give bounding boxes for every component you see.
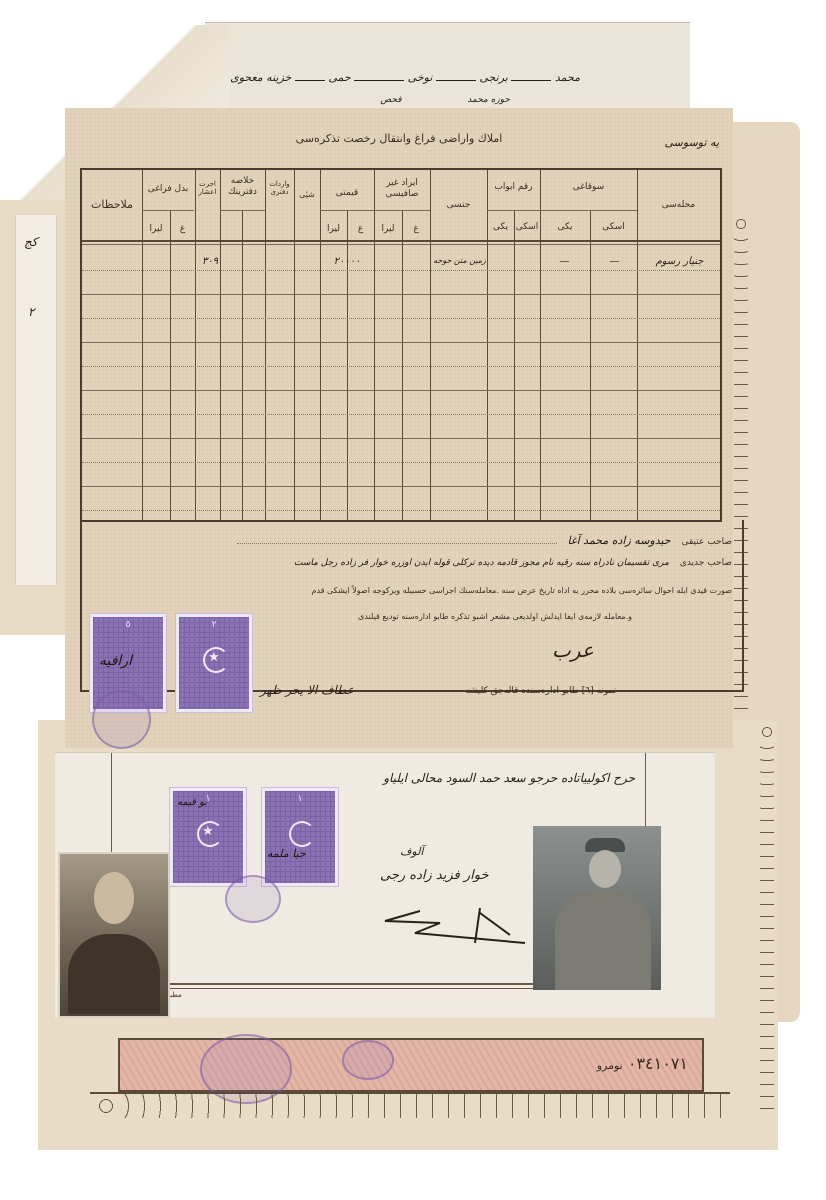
ornament-border-icon bbox=[760, 720, 774, 1120]
header-hulasa-defter: خلاصه دفترینك bbox=[220, 176, 265, 198]
serial-number-value: ٠٣٤١٠٧١ bbox=[628, 1054, 688, 1073]
hand-word: حوزه محمد bbox=[467, 95, 510, 105]
cell-bedel: ۳۰۹ bbox=[195, 256, 225, 267]
ink-seal-icon bbox=[342, 1040, 394, 1080]
header-ecret: اجرت اعشار bbox=[195, 180, 220, 197]
revenue-stamp: ١ جیا ملمه bbox=[262, 788, 338, 886]
field-sahib-atik: صاحب عتیقی حیدوسه زاده محمد آغا bbox=[237, 534, 732, 547]
cell-sokagi-yeni: — bbox=[542, 256, 587, 267]
stamp-overprint: جیا ملمه bbox=[267, 847, 306, 860]
header-rakam-ebvab: رقم ابواب bbox=[487, 182, 540, 193]
back-sheet-handwriting: محمد برنجی نوخی حمی خزینه معحوی bbox=[230, 71, 580, 84]
name-label: آلوف bbox=[400, 845, 424, 858]
strip-handwriting: حرح اکولییاتاده حرجو سعد حمد السود محالی… bbox=[383, 771, 635, 785]
field-sahib-cedid: صاحب جدیدی مری تقسیمان نادراه سنه رقیه ن… bbox=[286, 558, 732, 568]
revenue-stamp: ١ ★ بو قیمه bbox=[170, 788, 246, 886]
subheader-gurus: غ bbox=[402, 224, 430, 235]
header-mulahazat: ملاحظات bbox=[82, 198, 142, 211]
header-kiymeti: قیمتی bbox=[320, 188, 374, 199]
subheader-lira: لیرا bbox=[142, 224, 170, 235]
field-line-3: صورت قیدی ایله احوال سائرەسی بلادە محرر … bbox=[311, 586, 732, 595]
form-title: املاك واراضی فراغ وانتقال رخصت تذكرەسی bbox=[65, 132, 733, 145]
subheader-lira: لیرا bbox=[374, 224, 402, 235]
header-varidat: واردات دفتری bbox=[265, 180, 294, 197]
header-cinsi: جنسی bbox=[430, 200, 487, 211]
signature-scribble-icon bbox=[380, 903, 530, 953]
cell-cinsi: زمین متن حوحه bbox=[432, 256, 487, 265]
cell-sokagi-eski: — bbox=[592, 256, 637, 267]
star-icon: ★ bbox=[208, 650, 220, 665]
left-paper-strip: کج ۲ bbox=[15, 215, 57, 585]
signature: عرب bbox=[552, 638, 594, 662]
crescent-icon bbox=[289, 821, 315, 847]
stamp-overprint: بو قیمه bbox=[177, 797, 207, 808]
header-irad: ایراد غیر صافیسی bbox=[374, 178, 430, 200]
header-sokagi: سوقاغی bbox=[540, 182, 637, 193]
portrait-photo-right bbox=[533, 826, 661, 990]
field-line-4: و.معامله لازمەی ایفا ایدلش اولدیغی مشعر … bbox=[358, 612, 632, 621]
field-value: حیدوسه زاده محمد آغا bbox=[567, 534, 670, 547]
face-icon bbox=[589, 850, 621, 888]
field-value: مری تقسیمان نادراه سنه رقیه نام مجوز قاد… bbox=[294, 558, 669, 568]
ink-seal-icon bbox=[92, 690, 151, 749]
serial-number-band: ٠٣٤١٠٧١ نومرو bbox=[118, 1038, 704, 1092]
stamp-annotation: عطاف الا یحر ظهر bbox=[260, 683, 354, 697]
serial-label: نومرو bbox=[597, 1059, 623, 1072]
strip-handwriting: کج bbox=[24, 235, 37, 249]
hand-word: حمی bbox=[328, 71, 350, 84]
coat-shape bbox=[555, 890, 651, 990]
field-label: صاحب عتیقی bbox=[681, 537, 732, 547]
header-bedel-ferag: بدل فراغی bbox=[142, 184, 194, 195]
portrait-photo-left bbox=[58, 852, 170, 1018]
face-icon bbox=[94, 872, 134, 924]
subheader-eski: اسکی bbox=[590, 222, 637, 233]
uniform-shape bbox=[68, 934, 160, 1014]
form-top-handwriting: یه توسوسی bbox=[665, 136, 719, 149]
hand-word: محمد bbox=[555, 71, 580, 84]
subheader-eski: اسکی bbox=[514, 222, 540, 233]
hand-word: خزینه معحوی bbox=[230, 71, 291, 84]
stamp-denomination: ١ bbox=[265, 794, 335, 804]
subheader-gurus: غ bbox=[170, 224, 195, 235]
deed-table: ملاحظات بدل فراغی لیرا غ اجرت اعشار خلاص… bbox=[80, 168, 722, 522]
header-seyi: شیٔی bbox=[294, 190, 320, 200]
hand-word: نوخی bbox=[408, 71, 433, 84]
header-mahallesi: محلەسی bbox=[637, 200, 720, 211]
stamp-overprint: ارافیه bbox=[99, 653, 132, 669]
header-divider bbox=[82, 240, 720, 242]
stamp-denomination: ٥ bbox=[93, 620, 163, 630]
hand-word: برنجی bbox=[479, 71, 507, 84]
header-divider bbox=[82, 244, 720, 245]
name-value: خوار فزید زاده رجی bbox=[380, 868, 489, 883]
hand-word: فحص bbox=[380, 95, 401, 105]
cell-kiymeti: ۲۰۰۰۰ bbox=[320, 256, 374, 267]
subheader-yeni: یکی bbox=[487, 222, 514, 233]
strip-handwriting: ۲ bbox=[28, 305, 34, 319]
subheader-lira: لیرا bbox=[320, 224, 347, 235]
ornament-border-icon bbox=[90, 1092, 730, 1118]
ink-seal-icon bbox=[225, 875, 281, 923]
serial-number: ٠٣٤١٠٧١ نومرو bbox=[597, 1054, 688, 1073]
subheader-gurus: غ bbox=[347, 224, 374, 235]
subheader-yeni: یکی bbox=[540, 222, 590, 233]
back-sheet-subline: حوزه محمد فحص bbox=[380, 95, 510, 105]
star-icon: ★ bbox=[202, 824, 214, 839]
stamp-denomination: ٢ bbox=[179, 620, 249, 630]
cell-mahallesi: جنیار رسوم bbox=[642, 256, 717, 267]
form-footer-note: نمونه [٦] طابو ادارەسنده قالەجق کلیشه bbox=[465, 686, 616, 696]
revenue-stamp: ٢ ★ bbox=[176, 614, 252, 712]
field-label: صاحب جدیدی bbox=[680, 558, 732, 568]
